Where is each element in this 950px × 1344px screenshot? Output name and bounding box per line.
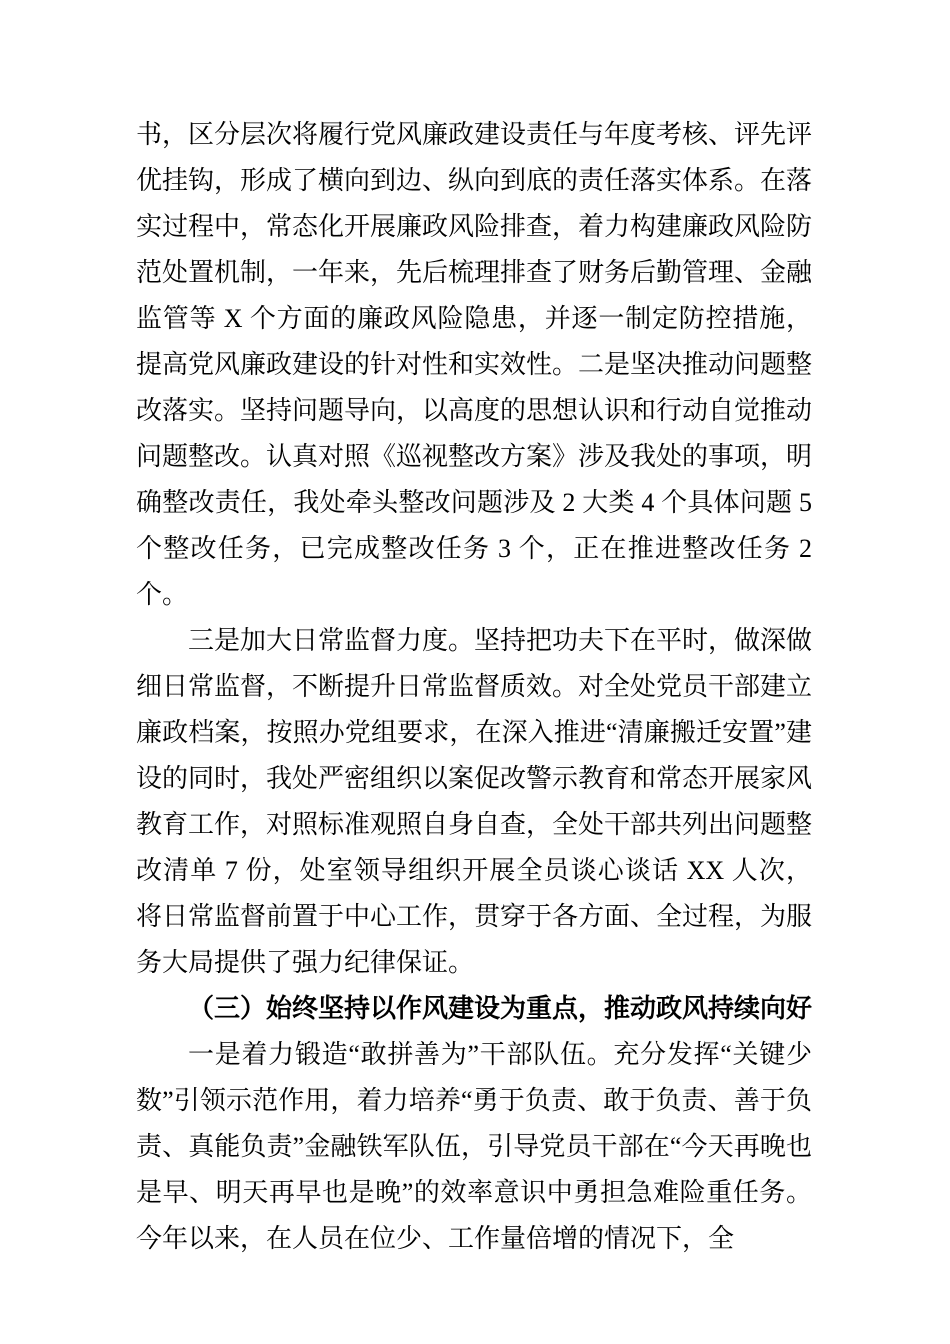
document-page: 书，区分层次将履行党风廉政建设责任与年度考核、评先评优挂钩，形成了横向到边、纵向… (0, 0, 950, 1344)
paragraph-item-one-cadre-team: 一是着力锻造“敢拼善为”干部队伍。充分发挥“关键少数”引领示范作用，着力培养“勇… (136, 1032, 812, 1262)
section-heading-three: （三）始终坚持以作风建设为重点，推动政风持续向好 (136, 986, 812, 1032)
paragraph-continuation: 书，区分层次将履行党风廉政建设责任与年度考核、评先评优挂钩，形成了横向到边、纵向… (136, 112, 812, 618)
paragraph-item-three-daily-supervision: 三是加大日常监督力度。坚持把功夫下在平时，做深做细日常监督，不断提升日常监督质效… (136, 618, 812, 986)
